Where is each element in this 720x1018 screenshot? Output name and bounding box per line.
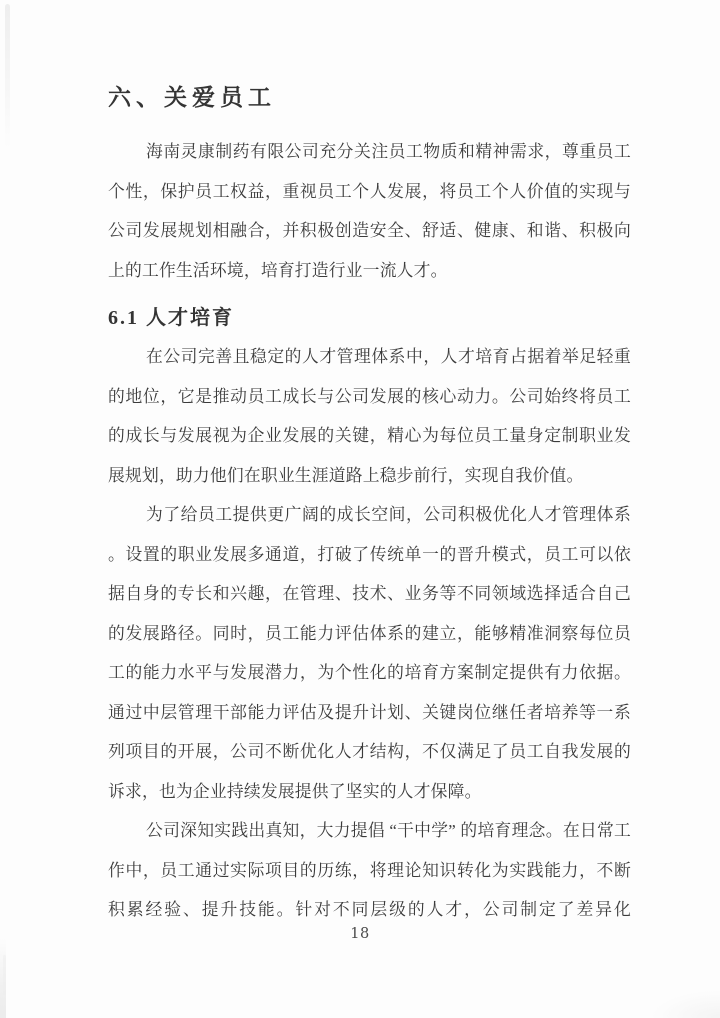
scan-artifact-bottom-left: [0, 938, 6, 1018]
section-title: 六、关爱员工: [108, 84, 631, 112]
intro-paragraph: 海南灵康制药有限公司充分关注员工物质和精神需求，尊重员工个性，保护员工权益，重视…: [108, 132, 631, 290]
body-paragraph-3: 公司深知实践出真知，大力提倡 “干中学” 的培育理念。在日常工作中，员工通过实际…: [108, 811, 631, 930]
document-page: 六、关爱员工 海南灵康制药有限公司充分关注员工物质和精神需求，尊重员工个性，保护…: [0, 0, 720, 1018]
body-paragraph-2: 为了给员工提供更广阔的成长空间，公司积极优化人才管理体系。设置的职业发展多通道，…: [108, 495, 631, 811]
body-paragraph-1: 在公司完善且稳定的人才管理体系中，人才培育占据着举足轻重的地位，它是推动员工成长…: [108, 337, 631, 495]
document-content: 六、关爱员工 海南灵康制药有限公司充分关注员工物质和精神需求，尊重员工个性，保护…: [108, 0, 631, 930]
scan-artifact-bottom-left-2: [3, 955, 6, 995]
scan-artifact-top-left: [5, 4, 10, 149]
page-number: 18: [0, 926, 720, 942]
scan-artifact-bottom-right: [650, 990, 720, 1018]
subsection-heading: 6.1 人才培育: [108, 305, 631, 331]
